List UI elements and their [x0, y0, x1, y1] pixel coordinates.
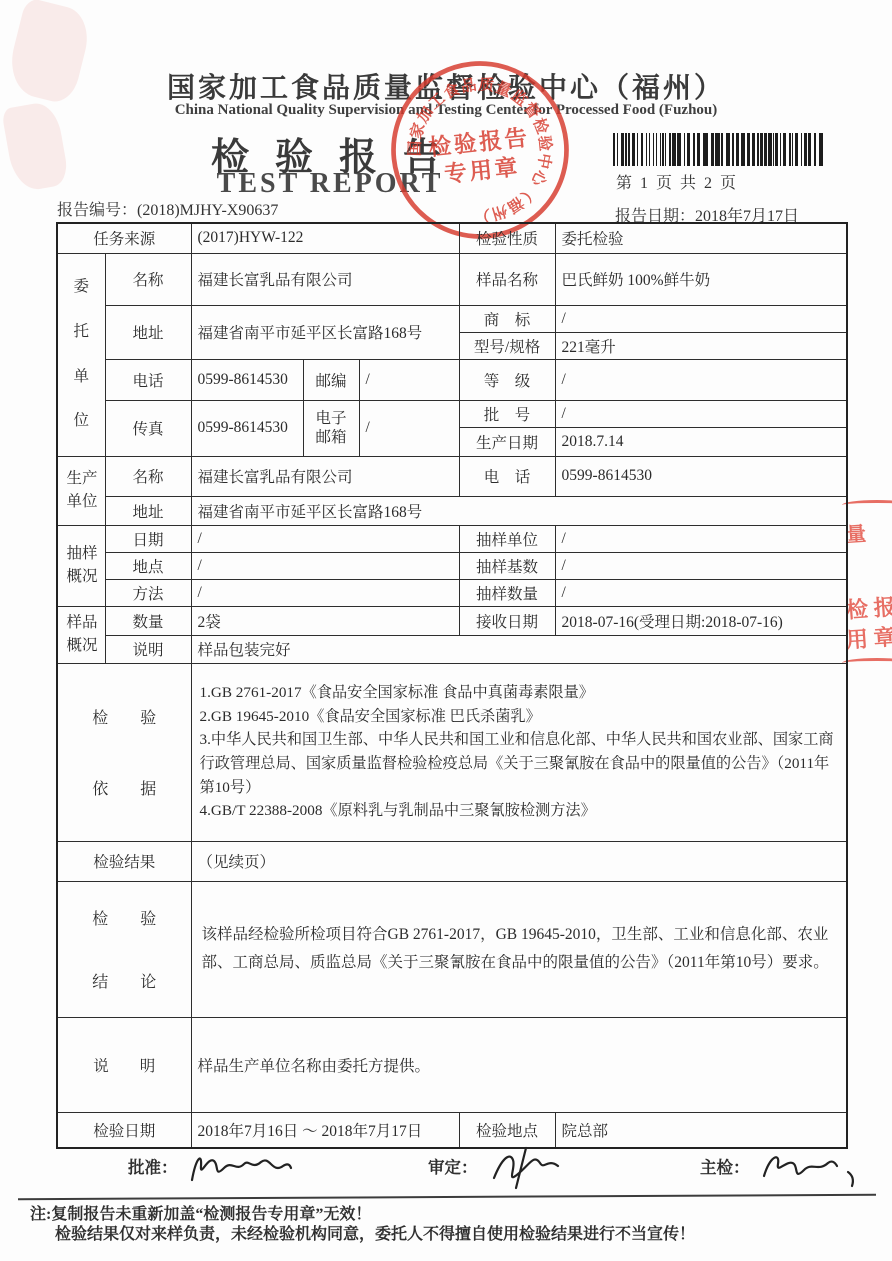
trademark-label: 商 标: [459, 305, 555, 332]
email-label: 电子邮箱: [303, 400, 359, 456]
footer-note-2: 检验结果仅对来样负责，未经检验机构同意，委托人不得擅自使用检验结果进行不当宣传！: [55, 1221, 695, 1244]
batch-value: /: [555, 400, 847, 427]
page-indicator: 第 1 页 共 2 页: [616, 170, 738, 193]
basis-line: 2.GB 19645-2010《食品安全国家标准 巴氏杀菌乳》: [200, 705, 839, 729]
test-place-value: 院总部: [555, 1112, 847, 1148]
client-name-value: 福建长富乳品有限公司: [191, 253, 459, 305]
sampling-date-value: /: [191, 525, 459, 552]
result-label: 检验结果: [57, 841, 191, 881]
producer-name-label: 名称: [105, 456, 191, 496]
test-date-value: 2018年7月16日 ～ 2018年7月17日: [191, 1112, 459, 1148]
test-report-page: 国家加工食品质量监督检验中心（福州） China National Qualit…: [0, 0, 892, 1261]
sampling-qty-value: /: [555, 579, 847, 606]
sample-qty-value: 2袋: [191, 606, 459, 635]
sample-name-label: 样品名称: [459, 253, 555, 305]
center-title-en: China National Quality Supervision and T…: [0, 102, 892, 119]
center-title-cn: 国家加工食品质量监督检验中心（福州）: [0, 66, 892, 106]
approve-label: 批准：: [128, 1158, 178, 1177]
side-stamp-text: 量: [845, 517, 867, 547]
task-source-label: 任务来源: [57, 223, 191, 253]
sampling-method-label: 方法: [105, 579, 191, 606]
sampling-place-value: /: [191, 552, 459, 579]
review-block: 审定：: [428, 1154, 478, 1178]
client-fax-value: 0599-8614530: [191, 400, 303, 456]
client-name-label: 名称: [105, 253, 191, 305]
test-nature-value: 委托检验: [555, 223, 847, 253]
receive-date-value: 2018-07-16(受理日期:2018-07-16): [555, 606, 847, 635]
sampling-date-label: 日期: [105, 525, 191, 552]
producer-address-value: 福建省南平市延平区长富路168号: [191, 496, 847, 525]
client-address-value: 福建省南平市延平区长富路168号: [191, 305, 459, 359]
producer-group-label: 生产单位: [57, 456, 105, 525]
remark-text: 样品生产单位名称由委托方提供。: [191, 1017, 847, 1112]
report-number-label: 报告编号：: [57, 202, 137, 219]
report-title-en: TEST REPORT: [0, 168, 660, 200]
basis-label: 检 验 依 据: [57, 663, 191, 841]
sample-note-value: 样品包装完好: [191, 635, 847, 663]
batch-label: 批 号: [459, 400, 555, 427]
sampling-base-label: 抽样基数: [459, 552, 555, 579]
basis-line: 4.GB/T 22388-2008《原料乳与乳制品中三聚氰胺检测方法》: [200, 799, 839, 823]
model-spec-label: 型号/规格: [459, 332, 555, 359]
sample-name-value: 巴氏鲜奶 100%鲜牛奶: [555, 253, 847, 305]
postcode-value: /: [359, 359, 459, 400]
report-table: 任务来源 (2017)HYW-122 检验性质 委托检验 委托单位 名称 福建长…: [56, 222, 848, 1149]
side-stamp-text: 用 章: [845, 620, 892, 654]
remark-label: 说 明: [57, 1017, 191, 1112]
prod-date-label: 生产日期: [459, 427, 555, 456]
review-label: 审定：: [428, 1158, 478, 1177]
producer-address-label: 地址: [105, 496, 191, 525]
client-phone-label: 电话: [105, 359, 191, 400]
barcode: [613, 133, 825, 166]
sampling-qty-label: 抽样数量: [459, 579, 555, 606]
basis-line: 3.中华人民共和国卫生部、中华人民共和国工业和信息化部、中华人民共和国农业部、国…: [200, 728, 839, 799]
report-number-value: (2018)MJHY-X90637: [137, 202, 278, 219]
model-spec-value: 221毫升: [555, 332, 847, 359]
sampling-unit-label: 抽样单位: [459, 525, 555, 552]
client-phone-value: 0599-8614530: [191, 359, 303, 400]
approver-signature: [186, 1144, 296, 1194]
grade-value: /: [555, 359, 847, 400]
report-number-line: 报告编号：(2018)MJHY-X90637: [57, 197, 278, 220]
sampling-group-label: 抽样概况: [57, 525, 105, 606]
trademark-value: /: [555, 305, 847, 332]
conclusion-text: 该样品经检验所检项目符合GB 2761-2017，GB 19645-2010，卫…: [191, 881, 847, 1017]
sample-note-label: 说明: [105, 635, 191, 663]
reviewer-signature: [486, 1144, 576, 1194]
sampling-base-value: /: [555, 552, 847, 579]
approve-block: 批准：: [128, 1154, 178, 1178]
result-value: （见续页）: [191, 841, 847, 881]
sampling-place-label: 地点: [105, 552, 191, 579]
sample-group-label: 样品概况: [57, 606, 105, 663]
basis-line: 1.GB 2761-2017《食品安全国家标准 食品中真菌毒素限量》: [200, 681, 839, 705]
producer-phone-value: 0599-8614530: [555, 456, 847, 496]
signature-row: 批准： 审定： 主检：: [0, 1146, 892, 1198]
postcode-label: 邮编: [303, 359, 359, 400]
email-value: /: [359, 400, 459, 456]
grade-label: 等 级: [459, 359, 555, 400]
producer-phone-label: 电 话: [459, 456, 555, 496]
test-nature-label: 检验性质: [459, 223, 555, 253]
basis-content: 1.GB 2761-2017《食品安全国家标准 食品中真菌毒素限量》 2.GB …: [191, 663, 847, 841]
client-fax-label: 传真: [105, 400, 191, 456]
conclusion-label: 检 验 结 论: [57, 881, 191, 1017]
test-place-label: 检验地点: [459, 1112, 555, 1148]
sampling-unit-value: /: [555, 525, 847, 552]
receive-date-label: 接收日期: [459, 606, 555, 635]
chief-signature: [758, 1144, 868, 1194]
chief-block: 主检：: [700, 1154, 750, 1178]
side-stamp-text: 检 报: [845, 590, 892, 624]
client-group-label: 委托单位: [57, 253, 105, 456]
test-date-label: 检验日期: [57, 1112, 191, 1148]
producer-name-value: 福建长富乳品有限公司: [191, 456, 459, 496]
prod-date-value: 2018.7.14: [555, 427, 847, 456]
client-address-label: 地址: [105, 305, 191, 359]
sample-qty-label: 数量: [105, 606, 191, 635]
task-source-value: (2017)HYW-122: [191, 223, 459, 253]
sampling-method-value: /: [191, 579, 459, 606]
chief-label: 主检：: [700, 1158, 750, 1177]
